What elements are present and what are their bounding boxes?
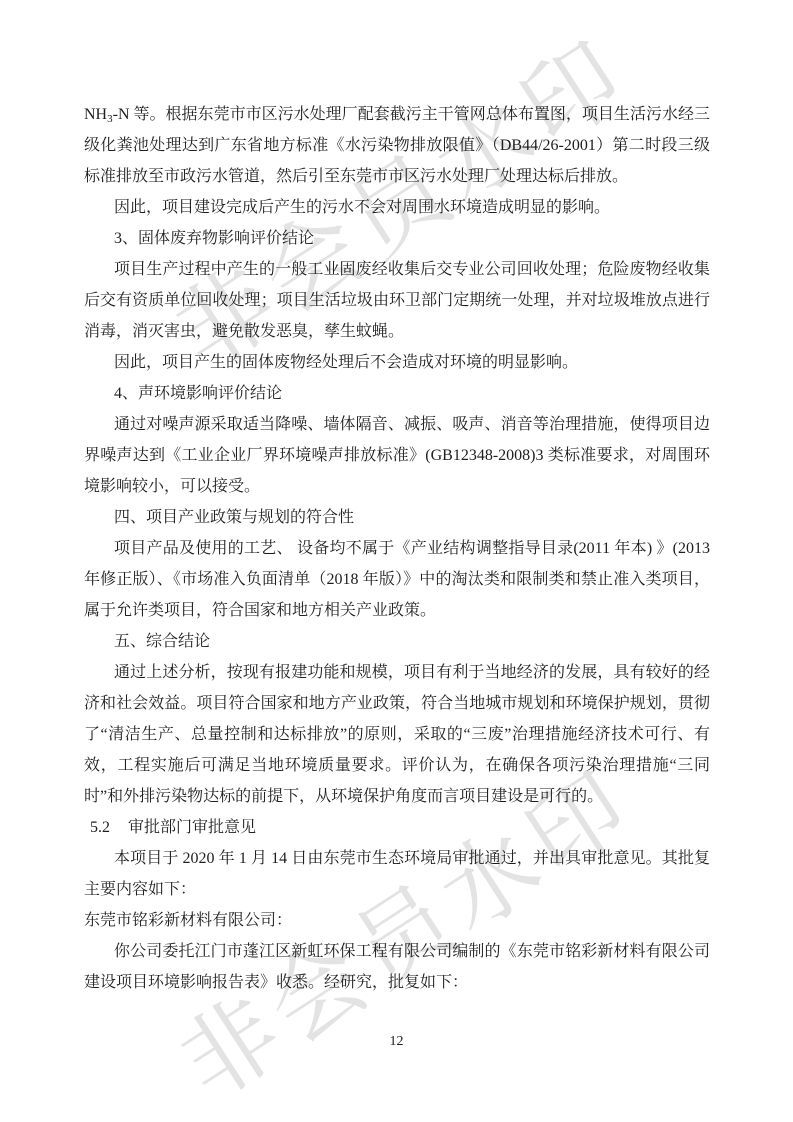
paragraph-wastewater: NH3-N 等。根据东莞市市区污水处理厂配套截污主干管网总体布置图，项目生活污水… [84,99,710,192]
paragraph-solid-waste: 项目生产过程中产生的一般工业固废经收集后交专业公司回收处理；危险废物经收集后交有… [84,254,710,347]
paragraph-wastewater-conclusion: 因此，项目建设完成后产生的污水不会对周围水环境造成明显的影响。 [84,192,710,223]
section-number: 5.2 [90,819,110,836]
heading-solid-waste: 3、固体废弃物影响评价结论 [84,223,710,254]
chemical-formula-prefix: NH [84,106,107,123]
paragraph-solid-waste-conclusion: 因此，项目产生的固体废物经处理后不会造成对环境的明显影响。 [84,347,710,378]
heading-overall-conclusion: 五、综合结论 [84,626,710,657]
heading-section-5-2: 5.2审批部门审批意见 [84,812,710,843]
paragraph-approval-reply: 你公司委托江门市蓬江区新虹环保工程有限公司编制的《东莞市铭彩新材料有限公司建设项… [84,936,710,998]
paragraph-overall-conclusion: 通过上述分析，按现有报建功能和规模，项目有利于当地经济的发展，具有较好的经济和社… [84,657,710,812]
page-number: 12 [0,1033,793,1051]
heading-noise: 4、声环境影响评价结论 [84,378,710,409]
paragraph-company-salutation: 东莞市铭彩新材料有限公司： [84,905,710,936]
paragraph-wastewater-text: -N 等。根据东莞市市区污水处理厂配套截污主干管网总体布置图，项目生活污水经三级… [84,106,710,185]
paragraph-approval-info: 本项目于 2020 年 1 月 14 日由东莞市生态环境局审批通过，并出具审批意… [84,843,710,905]
document-body: NH3-N 等。根据东莞市市区污水处理厂配套截污主干管网总体布置图，项目生活污水… [84,99,710,998]
section-title: 审批部门审批意见 [128,819,256,836]
paragraph-industrial-policy: 项目产品及使用的工艺、 设备均不属于《产业结构调整指导目录(2011 年本) 》… [84,533,710,626]
document-page: 非会员水印 非会员水印 NH3-N 等。根据东莞市市区污水处理厂配套截污主干管网… [0,0,793,1122]
paragraph-noise: 通过对噪声源采取适当降噪、墙体隔音、减振、吸声、消音等治理措施，使得项目边界噪声… [84,409,710,502]
heading-industrial-policy: 四、项目产业政策与规划的符合性 [84,502,710,533]
